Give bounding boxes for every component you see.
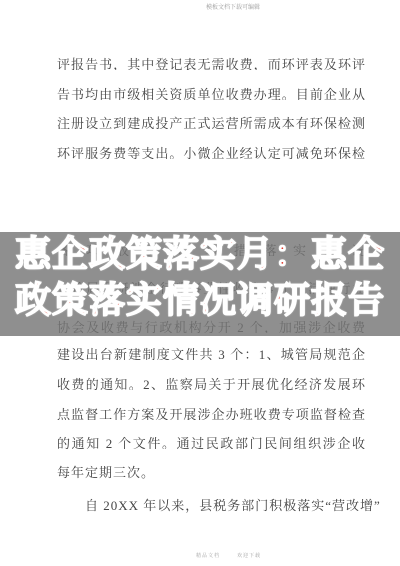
page-title-line1: 惠企政策落实月：惠企: [0, 231, 400, 277]
body-line-paragraph-start: 自 20XX 年以来，县税务部门积极落实“营改增”: [85, 495, 366, 514]
body-line: 注册设立到建成投产正式运营所需成本有环保检测费、: [57, 113, 366, 129]
page-header-watermark: 模板文档下载可编辑: [206, 2, 260, 11]
body-line: 评报告书，其中登记表无需收费，而环评表及环评报: [57, 54, 366, 70]
document-page: 模板文档下载可编辑 评报告书，其中登记表无需收费，而环评表及环评报 告书均由市级…: [0, 0, 400, 566]
page-footer-right: 欢迎下载: [237, 552, 261, 559]
body-line: 建设出台新建制度文件共 3 个：1、城管局规范企业: [57, 344, 366, 360]
page-footer-left: 精品文档: [196, 552, 220, 559]
body-line: 每年定期三次。: [57, 462, 366, 481]
page-title: 惠企政策落实月：惠企 政策落实情况调研报告: [0, 231, 400, 323]
body-line: 收费的通知。2、监察局关于开展优化经济发展环境重: [57, 374, 366, 390]
body-line: 告书均由市级相关资质单位收费办理。目前企业从申请: [57, 84, 366, 100]
body-line: 点监督工作方案及开展涉企办班收费专项监督检查工作: [57, 404, 366, 420]
body-line: 环评服务费等支出。小微企业经认定可减免环保检测费: [57, 143, 366, 159]
body-line: 的通知 2 个文件。通过民政部门民间组织涉企收费检查: [57, 433, 366, 449]
page-title-line2: 政策落实情况调研报告: [0, 277, 400, 323]
